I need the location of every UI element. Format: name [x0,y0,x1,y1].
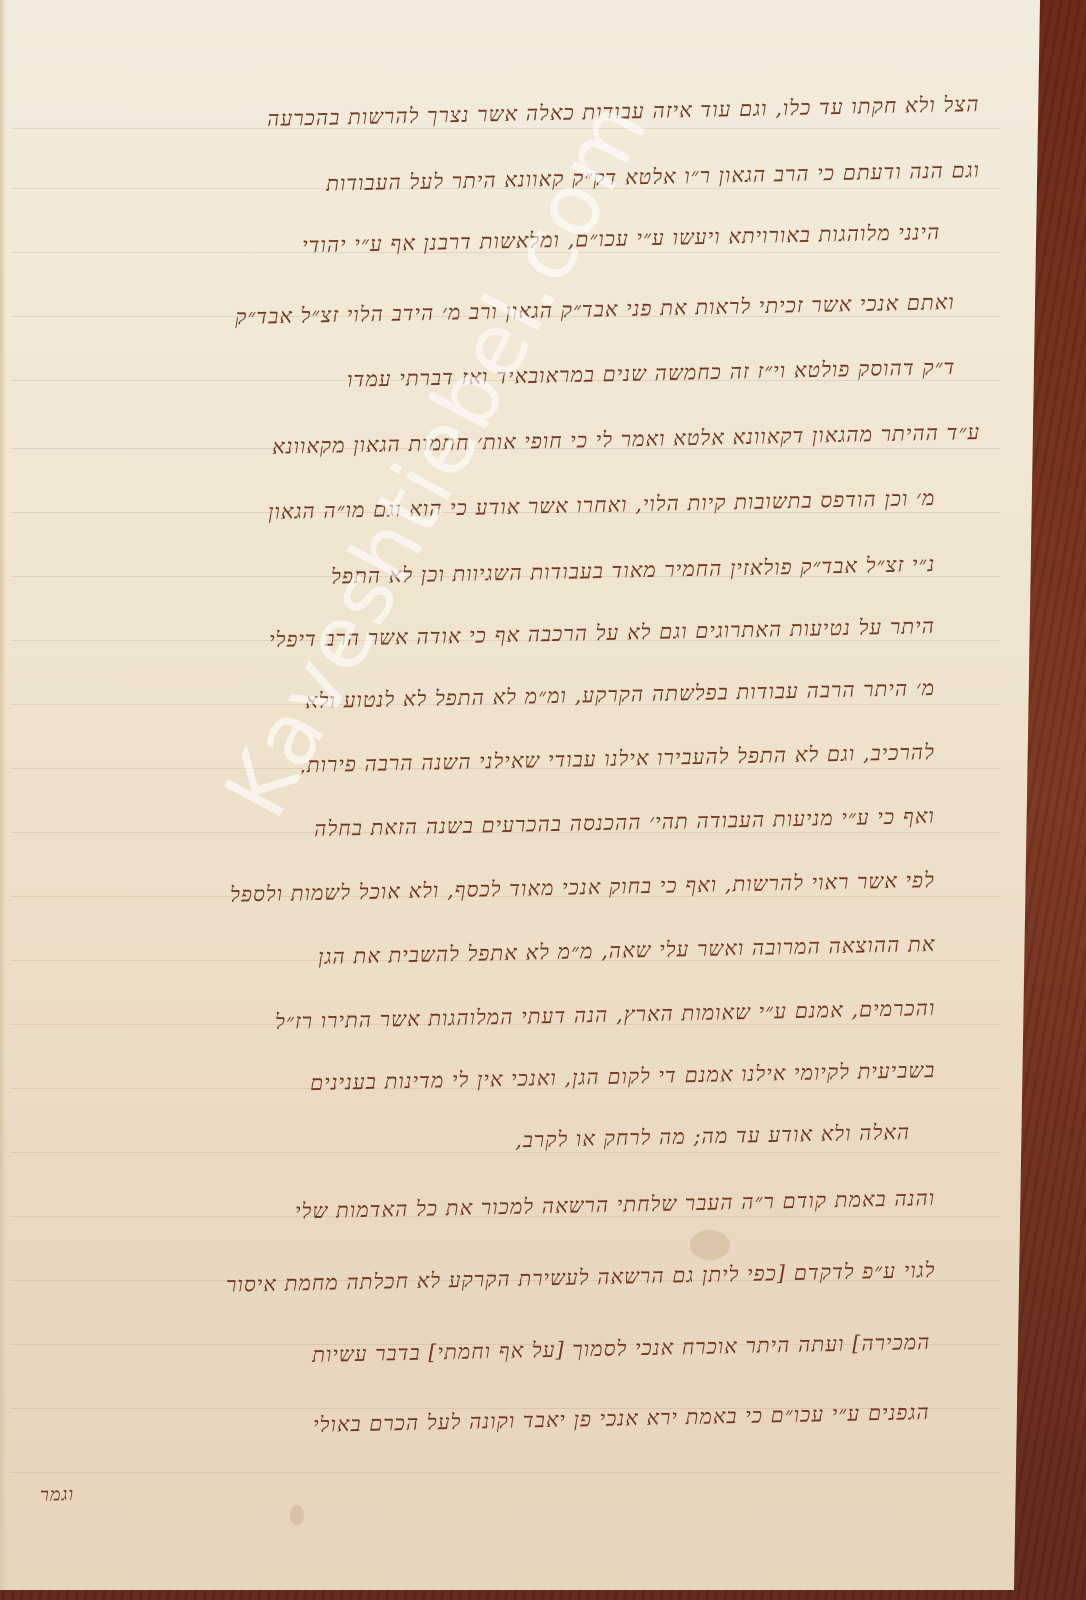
manuscript-line: מ׳ היתר הרבה עבודות בפלשתה הקרקע, ומ״מ ל… [305,676,936,714]
manuscript-line: את ההוצאה המרובה ואשר עלי שאה, מ״מ לא את… [317,932,935,970]
manuscript-line: לגוי ע״פ לדקדם [כפי ליתן גם הרשאה לעשירת… [225,1258,935,1298]
manuscript-line: וגם הנה ודעתם כי הרב הגאון ר״ו אלטא דק״ק… [326,158,980,197]
manuscript-line: מ׳ וכן הודפס בתשובות קיות הלוי, ואחרו אש… [268,486,936,525]
manuscript-line: האלה ולא אודע עד מה; מה לרחק או לקרב, [515,1120,911,1153]
manuscript-line: ואתם אנכי אשר זכיתי לראות את פני אבד״ק ה… [235,290,955,330]
manuscript-line: הינני מלוהגות באורויתא ויעשו ע״י עכו״ם, … [302,220,941,258]
manuscript-line: היתר על נטיעות האתרוגים וגם לא על הרכבה … [269,614,935,653]
manuscript-line: הגפנים ע״י עכו״ם כי באמת ירא אנכי פן יאב… [313,1400,930,1438]
manuscript-line: להרכיב, וגם לא התפל להעבירו אילנו עבודי … [299,740,935,778]
manuscript-line: ואף כי ע״י מניעות העבודה תהי׳ ההכנסה בהכ… [314,804,935,842]
manuscript-line: והנה באמת קודם ר״ה העבר שלחתי הרשאה למכו… [295,1186,936,1224]
manuscript-line: בשביעית לקיומי אילנו אמנם די לקום הגן, ו… [310,1058,936,1096]
letter-body: הצל ולא חקתו עד כלו, וגם עוד איזה עבודות… [0,0,1010,1590]
manuscript-line: לפי אשר ראוי להרשות, ואף כי בחוק אנכי מא… [230,868,935,908]
manuscript-line: ע״ד ההיתר מהגאון דקאוונא אלטא ואמר לי כי… [272,420,981,460]
manuscript-line: והכרמים, אמנם ע״י שאומות הארץ, הנה דעתי … [275,996,936,1035]
manuscript-line: המכירה] ועתה היתר אוכרח אנכי לסמוך [על א… [311,1330,930,1368]
manuscript-line: הצל ולא חקתו עד כלו, וגם עוד איזה עבודות… [267,92,980,132]
manuscript-line: ד״ק דהוסק פולטא וי״ז זה כחמשה שנים במראו… [346,355,955,393]
signoff: וגמר [40,1484,74,1506]
manuscript-page: הצל ולא חקתו עד כלו, וגם עוד איזה עבודות… [0,0,1040,1590]
manuscript-line: נ״י זצ״ל אבד״ק פולאזין החמיר מאוד בעבודו… [331,552,936,590]
